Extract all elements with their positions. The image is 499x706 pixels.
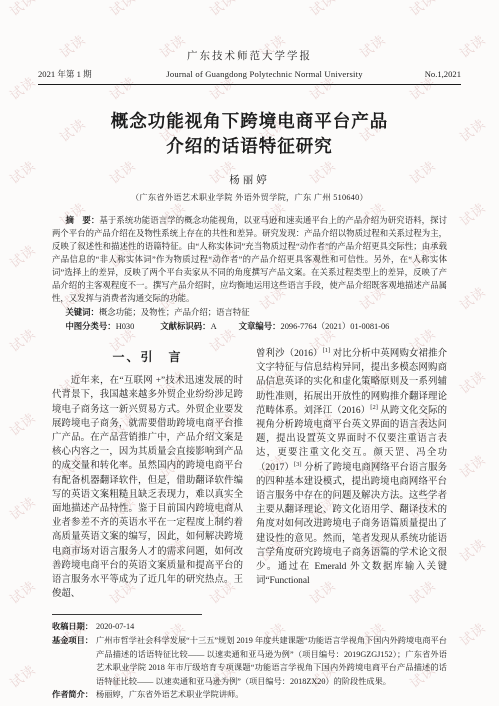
body-columns: 一、引 言 近年来，在“互联网 +”技术迅速发展的时代背景下，我国越来越多外贸企… bbox=[52, 347, 447, 601]
journal-title-cn: 广东技术师范大学学报 bbox=[0, 0, 499, 63]
author-affiliation: （广东省外语艺术职业学院 外语外贸学院，广东 广州 510640） bbox=[0, 192, 499, 203]
paper-title: 概念功能视角下跨境电商平台产品 介绍的话语特征研究 bbox=[0, 109, 499, 159]
page-content: 广东技术师范大学学报 2021 年第 1 期 Journal of Guangd… bbox=[0, 0, 499, 702]
keywords-line: 关键词：概念功能；及物性；产品介绍；语言特征 bbox=[52, 306, 447, 319]
abstract-paragraph: 摘 要：基于系统功能语言学的概念功能视角，以亚马逊和速卖通平台上的产品介绍为研究… bbox=[52, 214, 447, 305]
body-column-left: 一、引 言 近年来，在“互联网 +”技术迅速发展的时代背景下，我国越来越多外贸企… bbox=[52, 347, 243, 601]
journal-header-row: 2021 年第 1 期 Journal of Guangdong Polytec… bbox=[38, 68, 461, 80]
body-paragraph-left: 近年来，在“互联网 +”技术迅速发展的时代背景下，我国越来越多外贸企业纷纷涉足跨… bbox=[52, 374, 243, 601]
received-date-item: 收稿日期： 2020-07-14 bbox=[52, 620, 447, 634]
clc-label: 中图分类号： bbox=[65, 321, 115, 331]
received-date-value: 2020-07-14 bbox=[96, 620, 447, 634]
article-id-value: 2096-7764（2021）01-0081-06 bbox=[281, 322, 390, 331]
keywords-label: 关键词： bbox=[65, 307, 99, 317]
doc-code-label: 文献标识码： bbox=[160, 321, 210, 331]
body-column-right: 曾利沙（2016）[1] 对比分析中英网购女裙推介文字特征与信息结构异同，提出多… bbox=[256, 347, 447, 601]
citation-ref: [1] bbox=[323, 347, 331, 354]
author-bio-item: 作者简介： 杨丽婷，广东省外语艺术职业学院讲师。 bbox=[52, 688, 447, 702]
paper-title-line2: 介绍的话语特征研究 bbox=[0, 134, 499, 159]
abstract-label: 摘 要： bbox=[65, 215, 99, 225]
classification-line: 中图分类号：H030文献标识码：A文章编号：2096-7764（2021）01-… bbox=[52, 320, 447, 333]
doc-code-value: A bbox=[211, 322, 217, 331]
paper-page: 试读试读试读试读试读试读试读试读试读试读试读试读试读试读试读试读试读试读试读试读… bbox=[0, 0, 499, 706]
citation-ref: [2] bbox=[370, 404, 378, 411]
paper-title-line1: 概念功能视角下跨境电商平台产品 bbox=[0, 109, 499, 134]
footnote-block: 收稿日期： 2020-07-14 基金项目： 广州市哲学社会科学发展“十三五”规… bbox=[52, 620, 447, 702]
body-paragraph-right: 曾利沙（2016）[1] 对比分析中英网购女裙推介文字特征与信息结构异同，提出多… bbox=[256, 347, 447, 588]
author-name: 杨丽婷 bbox=[0, 172, 499, 187]
clc-value: H030 bbox=[116, 322, 135, 331]
received-date-label: 收稿日期： bbox=[52, 620, 96, 634]
article-id-label: 文章编号： bbox=[239, 321, 281, 331]
issue-number-en: No.1,2021 bbox=[381, 69, 461, 79]
journal-title-en: Journal of Guangdong Polytechnic Normal … bbox=[148, 69, 381, 79]
keywords-text: 概念功能；及物性；产品介绍；语言特征 bbox=[99, 308, 250, 317]
header-rule bbox=[38, 84, 461, 85]
abstract-block: 摘 要：基于系统功能语言学的概念功能视角，以亚马逊和速卖通平台上的产品介绍为研究… bbox=[52, 214, 447, 333]
fund-project-item: 基金项目： 广州市哲学社会科学发展“十三五”规划 2019 年度共建课题“功能语… bbox=[52, 634, 447, 688]
author-bio-label: 作者简介： bbox=[52, 688, 96, 702]
section-heading-introduction: 一、引 言 bbox=[52, 350, 243, 364]
fund-project-label: 基金项目： bbox=[52, 634, 96, 688]
author-bio-value: 杨丽婷，广东省外语艺术职业学院讲师。 bbox=[96, 688, 447, 702]
abstract-text: 基于系统功能语言学的概念功能视角，以亚马逊和速卖通平台上的产品介绍为研究语料，探… bbox=[52, 216, 447, 303]
issue-number-cn: 2021 年第 1 期 bbox=[38, 68, 148, 80]
fund-project-value: 广州市哲学社会科学发展“十三五”规划 2019 年度共建课题“功能语言学视角下国… bbox=[96, 634, 447, 688]
citation-ref: [3] bbox=[294, 461, 302, 468]
footnote-rule bbox=[52, 614, 202, 615]
